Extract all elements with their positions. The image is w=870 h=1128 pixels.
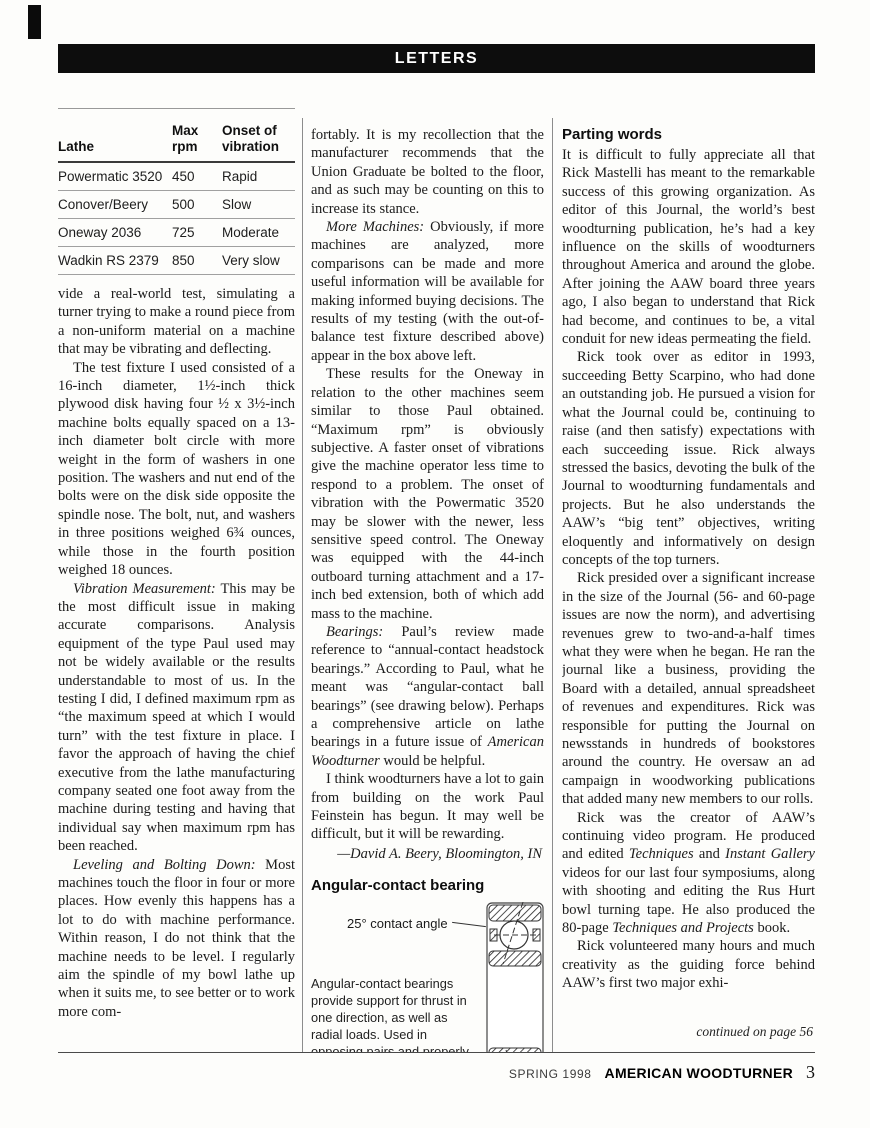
table-cell: Moderate [222,225,295,240]
italic-text: More Machines: [326,219,424,235]
text-run: Obviously, if more machines are analyzed… [311,219,544,364]
text-run: Rick took over as editor in 1993, succee… [562,349,815,567]
column-2-text: fortably. It is my recollection that the… [311,126,544,863]
body-paragraph: fortably. It is my recollection that the… [311,126,544,218]
text-run: and [694,846,726,862]
table-row: Oneway 2036725Moderate [58,219,295,247]
text-run: It is difficult to fully appreciate all … [562,147,815,347]
top-bearing [489,902,541,966]
table-row: Powermatic 3520450Rapid [58,163,295,191]
bearing-cross-section-diagram [486,902,544,1053]
body-paragraph: Bearings: Paul’s review made reference t… [311,623,544,770]
footer-page-number: 3 [806,1062,815,1083]
table-header-cell: Max rpm [172,123,222,154]
lathe-table-header: LatheMax rpmOnset of vibration [58,123,295,163]
column-divider-2 [552,118,553,1053]
column-1-text: vide a real-world test, simulating a tur… [58,285,295,1021]
body-paragraph: It is difficult to fully appreciate all … [562,146,815,348]
text-run: would be helpful. [380,753,486,769]
bearing-sidebar-title: Angular-contact bearing [311,877,544,894]
page-footer: SPRING 1998 AMERICAN WOODTURNER 3 [58,1062,815,1083]
text-run: I think woodturners have a lot to gain f… [311,771,544,842]
contact-angle-text: 25° contact angle [347,916,448,931]
text-run: This may be the most difficult issue in … [58,581,295,855]
column-1: LatheMax rpmOnset of vibration Powermati… [58,108,295,1053]
text-run: Paul’s review made reference to “annual-… [311,624,544,750]
table-cell: Conover/Beery [58,197,172,212]
italic-text: Vibration Measurement: [73,581,216,597]
bearing-sidebar-left: 25° contact angle Angular-contact bearin… [311,900,486,1053]
italic-text: Techniques and Projects [612,920,754,936]
table-cell: Very slow [222,253,295,268]
text-run: Rick presided over a significant increas… [562,570,815,807]
bearing-caption: Angular-contact bearings provide support… [311,975,471,1053]
italic-text: —David A. Beery, Bloomington, IN [337,846,542,862]
body-paragraph: These results for the Oneway in relation… [311,365,544,623]
callout-leader-line [452,922,486,927]
parting-words-heading: Parting words [562,126,815,143]
text-run: Most machines touch the floor in four or… [58,857,295,1020]
table-cell: 725 [172,225,222,240]
table-cell: Rapid [222,169,295,184]
column-3-text: It is difficult to fully appreciate all … [562,146,815,993]
column-divider-1 [302,118,303,1053]
footer-magazine-title: AMERICAN WOODTURNER [605,1065,793,1081]
column-2: fortably. It is my recollection that the… [311,108,544,1053]
print-registration-mark [28,5,41,39]
table-cell: Oneway 2036 [58,225,172,240]
letter-signature: —David A. Beery, Bloomington, IN [311,845,544,863]
continued-note: continued on page 56 [560,1024,813,1040]
lathe-comparison-table: LatheMax rpmOnset of vibration Powermati… [58,108,295,275]
magazine-page: LETTERS LatheMax rpmOnset of vibration P… [0,0,870,1128]
footer-rule [58,1052,815,1053]
body-paragraph: Rick presided over a significant increas… [562,569,815,808]
table-cell: 500 [172,197,222,212]
body-paragraph: More Machines: Obviously, if more machin… [311,218,544,365]
italic-text: Bearings: [326,624,383,640]
text-run: vide a real-world test, simulating a tur… [58,286,295,357]
text-run: These results for the Oneway in relation… [311,366,544,621]
table-cell: 450 [172,169,222,184]
footer-issue: SPRING 1998 [509,1067,592,1081]
body-paragraph: Leveling and Bolting Down: Most machines… [58,856,295,1022]
body-paragraph: vide a real-world test, simulating a tur… [58,285,295,359]
bearing-sidebar: Angular-contact bearing 25° contact angl… [311,877,544,1053]
body-paragraph: Vibration Measurement: This may be the m… [58,580,295,856]
section-title: LETTERS [395,50,478,68]
table-header-cell: Onset of vibration [222,123,295,154]
body-paragraph: Rick volunteered many hours and much cre… [562,937,815,992]
table-row: Conover/Beery500Slow [58,191,295,219]
lathe-table-rows: Powermatic 3520450RapidConover/Beery500S… [58,163,295,275]
page-content: LatheMax rpmOnset of vibration Powermati… [58,108,815,1056]
body-paragraph: Rick took over as editor in 1993, succee… [562,348,815,569]
italic-text: Techniques [629,846,694,862]
table-cell: 850 [172,253,222,268]
text-run: The test fixture I used consisted of a 1… [58,360,295,578]
table-cell: Slow [222,197,295,212]
body-paragraph: I think woodturners have a lot to gain f… [311,770,544,844]
text-run: Rick volunteered many hours and much cre… [562,938,815,991]
body-paragraph: The test fixture I used consisted of a 1… [58,359,295,580]
table-cell: Wadkin RS 2379 [58,253,172,268]
italic-text: Leveling and Bolting Down: [73,857,256,873]
column-3: Parting words It is difficult to fully a… [562,108,815,1071]
section-header-bar: LETTERS [58,44,815,73]
contact-angle-label: 25° contact angle [347,916,486,931]
text-run: fortably. It is my recollection that the… [311,127,544,217]
table-cell: Powermatic 3520 [58,169,172,184]
bearing-sidebar-body: 25° contact angle Angular-contact bearin… [311,900,544,1053]
table-row: Wadkin RS 2379850Very slow [58,247,295,275]
italic-text: Instant Gallery [725,846,815,862]
text-run: book. [754,920,790,936]
body-paragraph: Rick was the creator of AAW’s continuing… [562,809,815,938]
table-header-cell: Lathe [58,139,172,155]
